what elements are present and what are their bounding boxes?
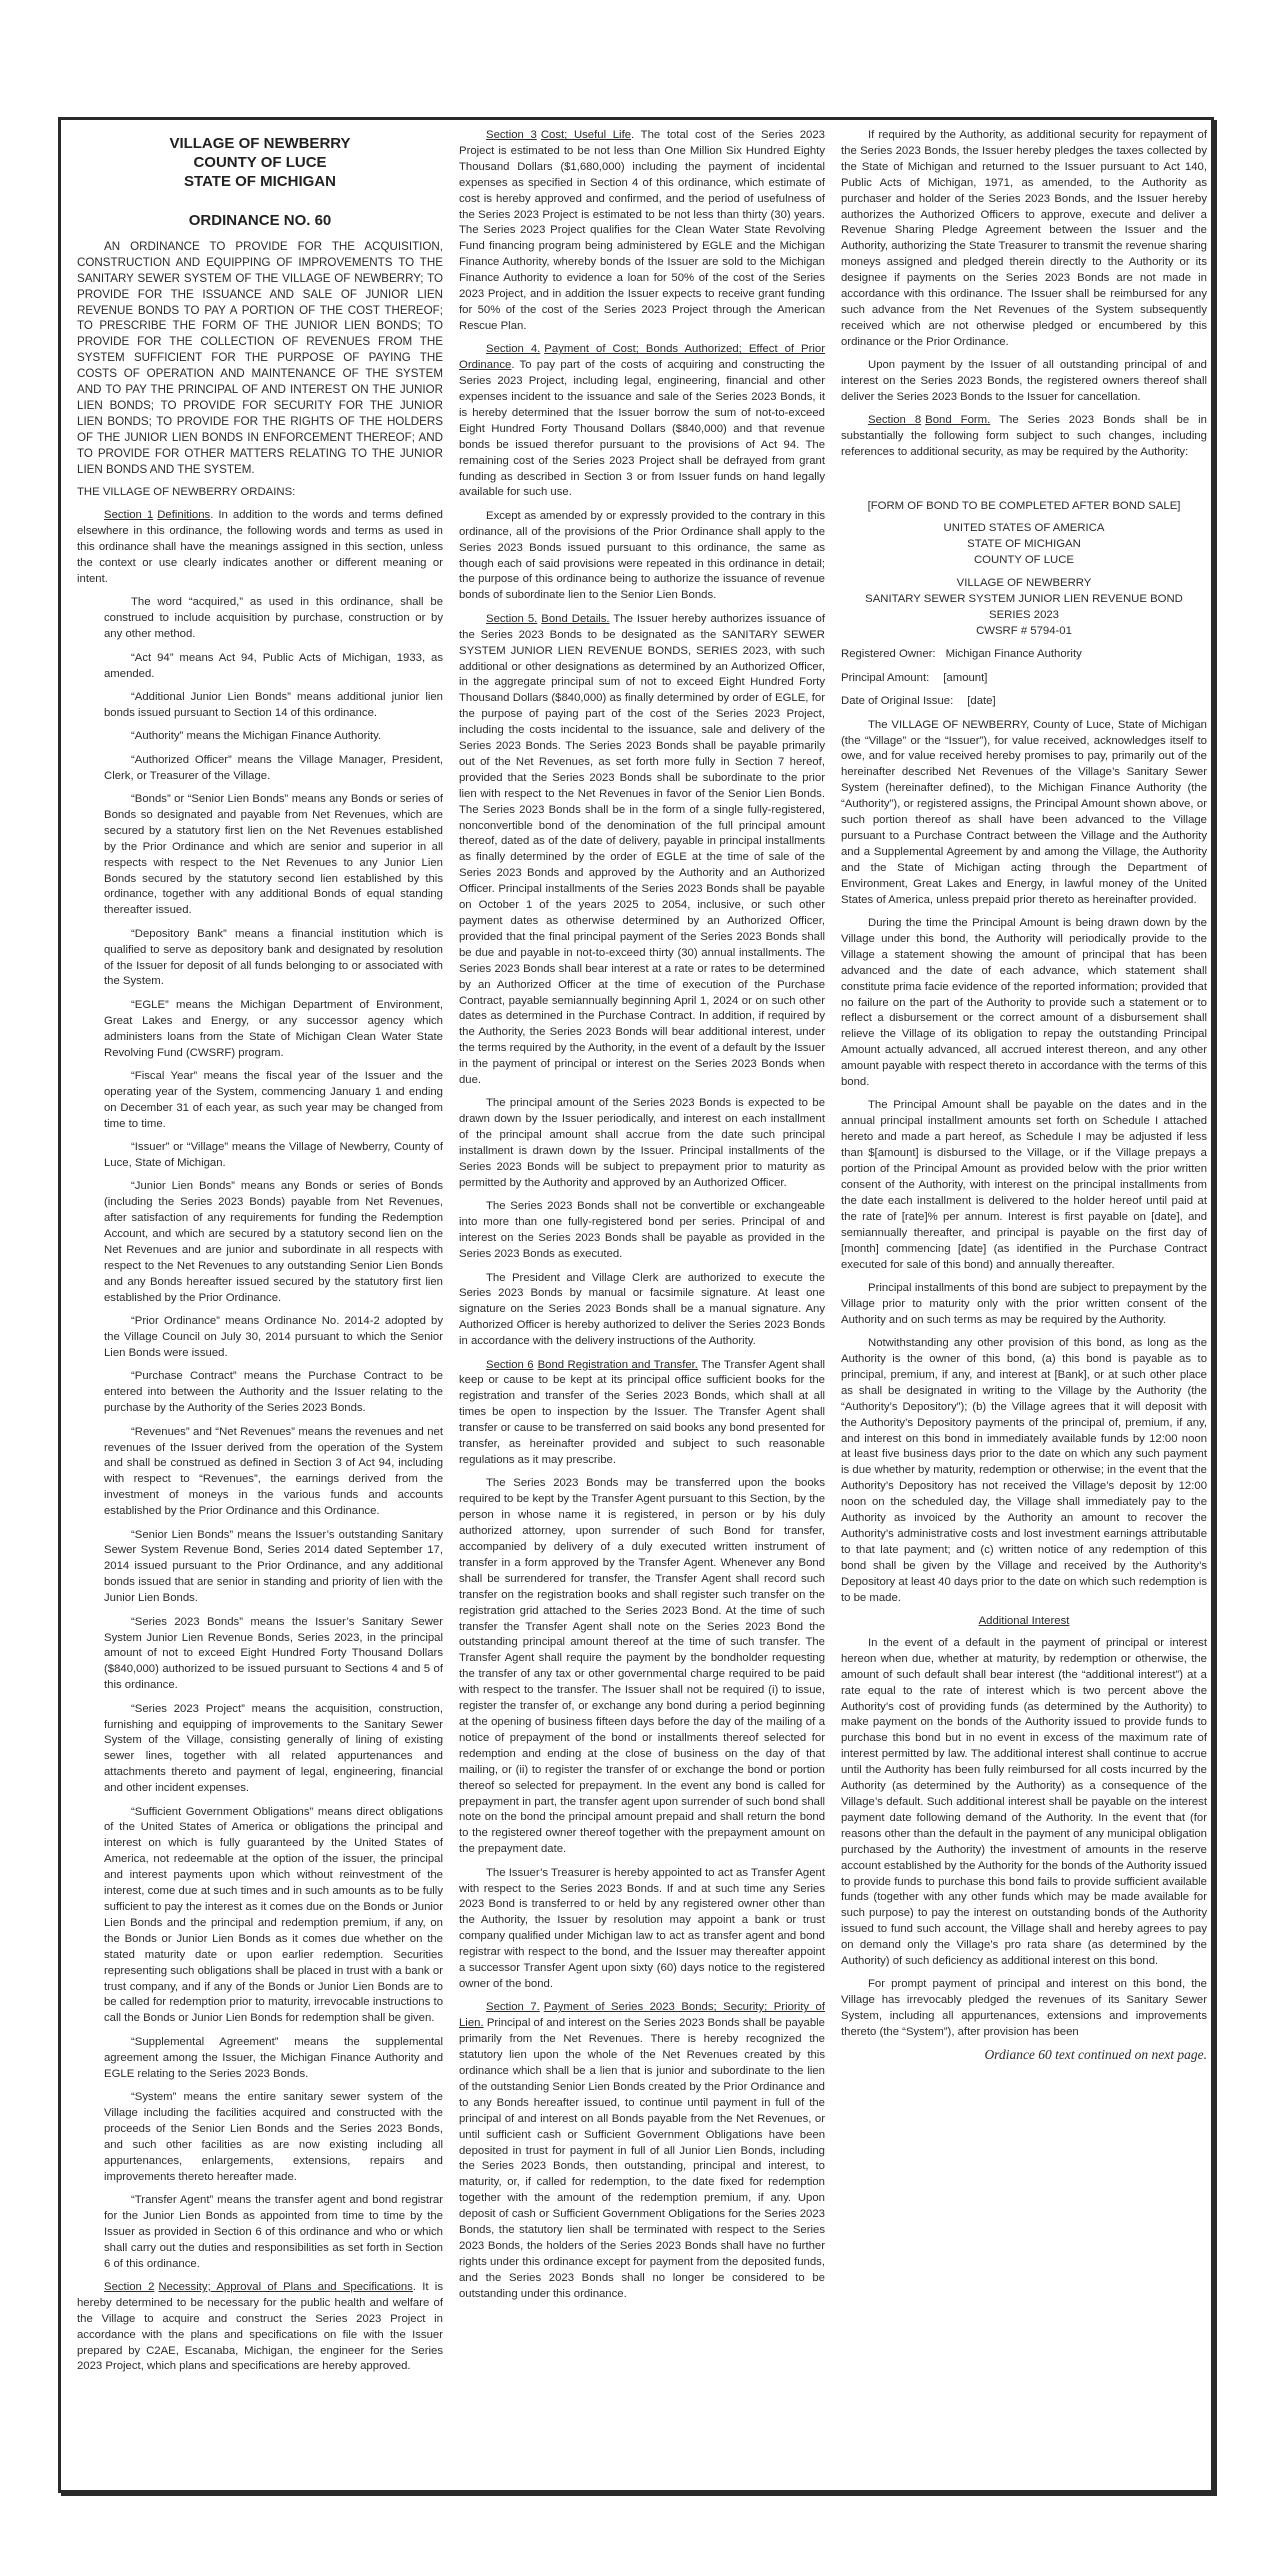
section-1-heading: Definitions (157, 509, 210, 521)
section-8-label: Section 8 (868, 414, 921, 426)
definition-acquired: The word “acquired,” as used in this ord… (104, 595, 443, 643)
section-6-paragraph-3: The Issuer’s Treasurer is hereby appoint… (459, 1866, 825, 1993)
bond-header-country: UNITED STATES OF AMERICA (841, 521, 1207, 537)
section-6-label: Section 6 (486, 1359, 534, 1371)
ordinance-notice-frame: VILLAGE OF NEWBERRY COUNTY OF LUCE STATE… (58, 117, 1214, 2493)
section-3-label: Section 3 (486, 129, 537, 141)
section-8-paragraph: Section 8Bond Form. The Series 2023 Bond… (841, 413, 1207, 461)
section-7-label: Section 7. (486, 2001, 540, 2013)
header-village: VILLAGE OF NEWBERRY (77, 134, 443, 153)
bond-header-bond-name: SANITARY SEWER SYSTEM JUNIOR LIEN REVENU… (841, 592, 1207, 608)
bond-paragraph-depository: Notwithstanding any other provision of t… (841, 1336, 1207, 1606)
section-8-heading: Bond Form. (925, 414, 990, 426)
definition-senior-lien-bonds: “Senior Lien Bonds” means the Issuer’s o… (104, 1528, 443, 1608)
definition-junior-lien-bonds: “Junior Lien Bonds” means any Bonds or s… (104, 1179, 443, 1306)
bond-header-cwsrf-number: CWSRF # 5794-01 (841, 624, 1207, 640)
bond-form-title-block: VILLAGE OF NEWBERRY SANITARY SEWER SYSTE… (841, 576, 1207, 640)
definition-authority: “Authority” means the Michigan Finance A… (104, 729, 443, 745)
section-6-text: The Transfer Agent shall keep or cause t… (459, 1359, 825, 1466)
bond-field-registered-owner: Registered Owner:Michigan Finance Author… (841, 647, 1207, 663)
definition-revenues: “Revenues” and “Net Revenues” means the … (104, 1425, 443, 1520)
definition-series-2023-project: “Series 2023 Project” means the acquisit… (104, 1702, 443, 1797)
section-5-paragraph-2: The principal amount of the Series 2023 … (459, 1096, 825, 1191)
bond-paragraph-drawdown: During the time the Principal Amount is … (841, 916, 1207, 1091)
definition-sufficient-government-obligations: “Sufficient Government Obligations” mean… (104, 1805, 443, 2028)
column-1: VILLAGE OF NEWBERRY COUNTY OF LUCE STATE… (77, 128, 443, 2482)
section-6-paragraph: Section 6Bond Registration and Transfer.… (459, 1358, 825, 1469)
section-5-text: The Issuer hereby authorizes issuance of… (459, 613, 825, 1086)
definition-system: “System” means the entire sanitary sewer… (104, 2090, 443, 2185)
section-2-text: . It is hereby determined to be necessar… (77, 2281, 443, 2373)
section-7-paragraph-2: If required by the Authority, as additio… (841, 128, 1207, 351)
header-county: COUNTY OF LUCE (77, 153, 443, 172)
definition-supplemental-agreement: “Supplemental Agreement” means the suppl… (104, 2035, 443, 2083)
section-5-label: Section 5. (486, 613, 537, 625)
bond-header-village: VILLAGE OF NEWBERRY (841, 576, 1207, 592)
section-2-paragraph: Section 2Necessity; Approval of Plans an… (77, 2280, 443, 2375)
additional-interest-heading: Additional Interest (841, 1614, 1207, 1630)
principal-amount-label: Principal Amount: (841, 672, 929, 684)
section-3-heading: Cost; Useful Life (541, 129, 631, 141)
section-7-paragraph: Section 7.Payment of Series 2023 Bonds; … (459, 2000, 825, 2302)
section-5-paragraph-3: The Series 2023 Bonds shall not be conve… (459, 1199, 825, 1263)
section-1-intro: Section 1Definitions. In addition to the… (77, 508, 443, 588)
section-2-label: Section 2 (104, 2281, 154, 2293)
section-5-paragraph-4: The President and Village Clerk are auth… (459, 1271, 825, 1351)
bond-header-state: STATE OF MICHIGAN (841, 537, 1207, 553)
header-state: STATE OF MICHIGAN (77, 172, 443, 191)
bond-paragraph-prepayment: Principal installments of this bond are … (841, 1281, 1207, 1329)
section-6-paragraph-2: The Series 2023 Bonds may be transferred… (459, 1476, 825, 1858)
definition-series-2023-bonds: “Series 2023 Bonds” means the Issuer’s S… (104, 1615, 443, 1695)
column-2: Section 3Cost; Useful Life. The total co… (459, 128, 825, 2482)
bond-form-bracket-header: [FORM OF BOND TO BE COMPLETED AFTER BOND… (841, 499, 1207, 515)
definition-purchase-contract: “Purchase Contract” means the Purchase C… (104, 1369, 443, 1417)
bond-paragraph-promise-to-pay: The VILLAGE OF NEWBERRY, County of Luce,… (841, 718, 1207, 909)
section-3-text: . The total cost of the Series 2023 Proj… (459, 129, 825, 332)
definition-bonds: “Bonds” or “Senior Lien Bonds” means any… (104, 792, 443, 919)
bond-paragraph-principal-schedule: The Principal Amount shall be payable on… (841, 1098, 1207, 1273)
registered-owner-label: Registered Owner: (841, 648, 936, 660)
continued-on-next-page-note: Ordiance 60 text continued on next page. (841, 2047, 1207, 2063)
section-1-label: Section 1 (104, 509, 153, 521)
additional-interest-heading-text: Additional Interest (979, 1615, 1070, 1627)
definition-transfer-agent: “Transfer Agent” means the transfer agen… (104, 2193, 443, 2273)
definition-fiscal-year: “Fiscal Year” means the fiscal year of t… (104, 1069, 443, 1133)
definition-egle: “EGLE” means the Michigan Department of … (104, 998, 443, 1062)
bond-field-principal-amount: Principal Amount:[amount] (841, 671, 1207, 687)
definition-issuer: “Issuer” or “Village” means the Village … (104, 1140, 443, 1172)
ordinance-title-paragraph: AN ORDINANCE TO PROVIDE FOR THE ACQUISIT… (77, 239, 443, 478)
bond-field-date-of-original-issue: Date of Original Issue:[date] (841, 694, 1207, 710)
definition-prior-ordinance: “Prior Ordinance” means Ordinance No. 20… (104, 1314, 443, 1362)
section-6-heading: Bond Registration and Transfer. (538, 1359, 698, 1371)
three-column-layout: VILLAGE OF NEWBERRY COUNTY OF LUCE STATE… (77, 128, 1197, 2482)
ordinance-number: ORDINANCE NO. 60 (77, 213, 443, 229)
section-3-paragraph: Section 3Cost; Useful Life. The total co… (459, 128, 825, 335)
date-of-issue-value: [date] (967, 695, 995, 707)
registered-owner-value: Michigan Finance Authority (946, 648, 1082, 660)
date-of-issue-label: Date of Original Issue: (841, 695, 953, 707)
ordains-clause: THE VILLAGE OF NEWBERRY ORDAINS: (77, 485, 443, 501)
section-7-paragraph-3: Upon payment by the Issuer of all outsta… (841, 358, 1207, 406)
section-7-text: Principal of and interest on the Series … (459, 2017, 825, 2299)
section-5-heading: Bond Details. (541, 613, 609, 625)
section-5-paragraph: Section 5.Bond Details. The Issuer hereb… (459, 612, 825, 1089)
section-4-label: Section 4. (486, 343, 540, 355)
section-4-text: . To pay part of the costs of acquiring … (459, 359, 825, 498)
additional-interest-paragraph: In the event of a default in the payment… (841, 1636, 1207, 1970)
section-2-heading: Necessity; Approval of Plans and Specifi… (158, 2281, 412, 2293)
section-4-paragraph: Section 4.Payment of Cost; Bonds Authori… (459, 342, 825, 501)
bond-form-jurisdiction-block: UNITED STATES OF AMERICA STATE OF MICHIG… (841, 521, 1207, 569)
definition-additional-junior-lien-bonds: “Additional Junior Lien Bonds” means add… (104, 690, 443, 722)
bond-header-series: SERIES 2023 (841, 608, 1207, 624)
definition-authorized-officer: “Authorized Officer” means the Village M… (104, 753, 443, 785)
bond-header-county: COUNTY OF LUCE (841, 553, 1207, 569)
pledge-paragraph: For prompt payment of principal and inte… (841, 1977, 1207, 2041)
definition-depository-bank: “Depository Bank” means a financial inst… (104, 927, 443, 991)
definition-act-94: “Act 94” means Act 94, Public Acts of Mi… (104, 651, 443, 683)
section-4-paragraph-2: Except as amended by or expressly provid… (459, 509, 825, 604)
column-3: If required by the Authority, as additio… (841, 128, 1207, 2482)
principal-amount-value: [amount] (943, 672, 987, 684)
